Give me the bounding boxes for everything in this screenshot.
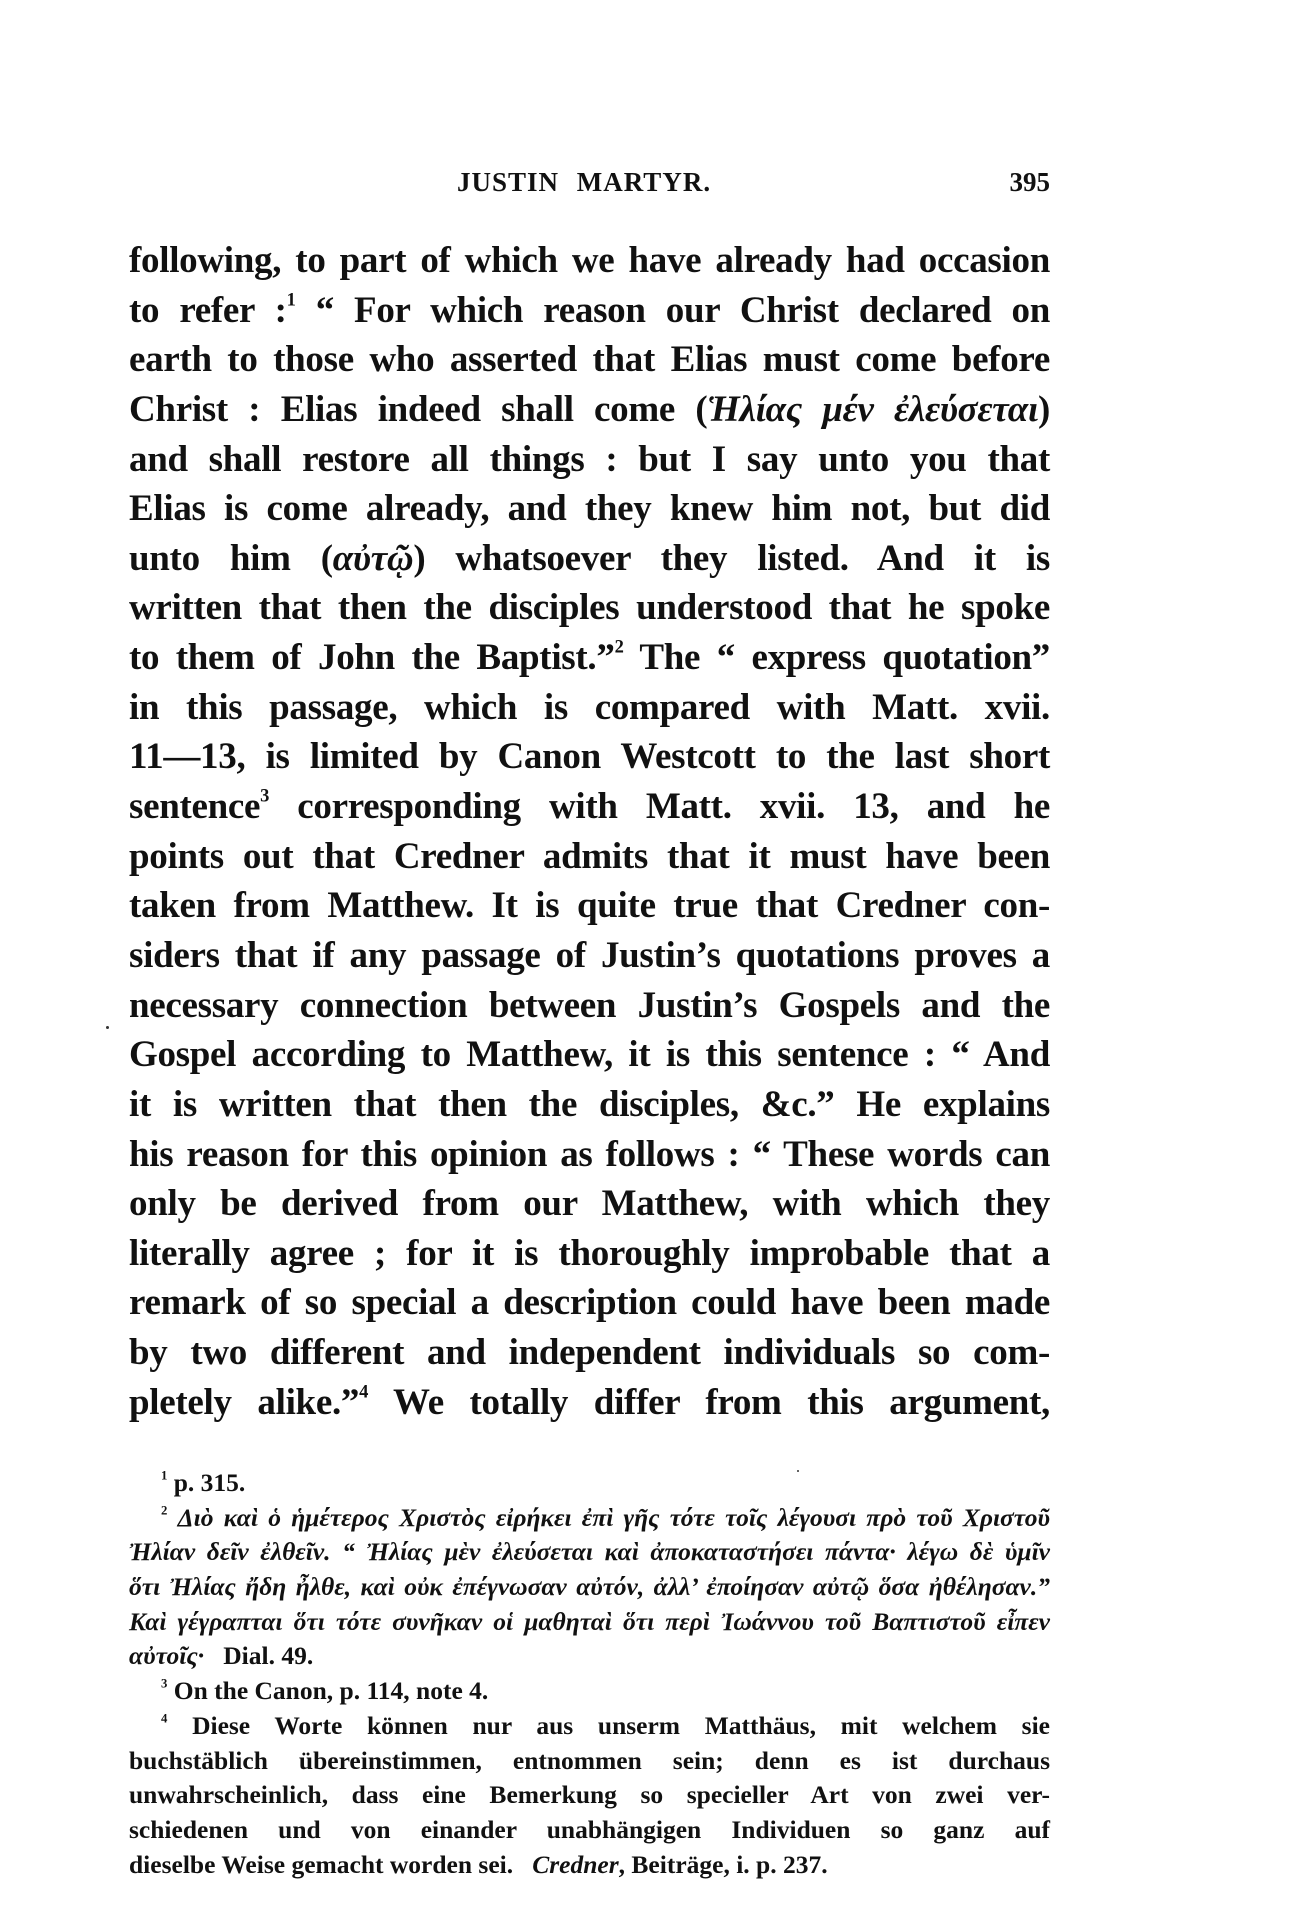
footnote-mark: 3	[161, 1677, 167, 1691]
body-line: siders that if any passage of Justin’s q…	[129, 931, 1050, 981]
footnote-2-line: ὅτι Ἠλίας ἤδη ἦλθε, καὶ οὐκ ἐπέγνωσαν αὐ…	[129, 1570, 1050, 1605]
greek-text: ὅτι Ἠλίας ἤδη ἦλθε, καὶ οὐκ ἐπέγνωσαν αὐ…	[129, 1572, 1050, 1601]
line-text: The “ express quotation”	[624, 637, 1050, 678]
footnote-ref-1: 1	[287, 290, 296, 310]
scan-speck	[106, 1026, 109, 1029]
body-line: necessary connection between Justin’s Go…	[129, 981, 1050, 1031]
line-text: corresponding with Matt. xvii. 13, and h…	[269, 786, 1050, 827]
body-line: pletely alike.”4 We totally differ from …	[129, 1378, 1050, 1428]
body-line: to refer :1 “ For which reason our Chris…	[129, 286, 1050, 336]
line-text: “ For which reason our Christ declared o…	[316, 290, 1050, 331]
footnote-text: dieselbe Weise gemacht worden sei.	[129, 1850, 513, 1879]
footnote-ref-2: 2	[615, 637, 624, 657]
body-line: unto him (αὐτῷ) whatsoever they listed. …	[129, 534, 1050, 584]
body-text: following, to part of which we have alre…	[129, 236, 1050, 1427]
line-text: to refer :	[129, 290, 287, 331]
line-text: sentence	[129, 786, 260, 827]
greek-text: αὐτοῖς·	[129, 1641, 204, 1670]
running-title: JUSTIN MARTYR.	[457, 162, 711, 202]
body-line: following, to part of which we have alre…	[129, 236, 1050, 286]
footnote-2: 2 Διὸ καὶ ὁ ἡμέτερος Χριστὸς εἰρήκει ἐπὶ…	[129, 1501, 1050, 1536]
greek-phrase: Ἡλίας μέν ἐλεύσεται	[707, 389, 1038, 430]
footnote-2-line: Ἠλίαν δεῖν ἐλθεῖν. “ Ἠλίας μὲν ἐλεύσεται…	[129, 1535, 1050, 1570]
footnote-ref-3: 3	[260, 786, 269, 806]
footnote-text: On the Canon, p. 114, note 4.	[174, 1676, 489, 1705]
line-text: unto him (	[129, 538, 333, 579]
footnote-mark: 1	[161, 1469, 167, 1483]
line-text: )	[1038, 389, 1050, 430]
footnotes: 1 p. 315. 2 Διὸ καὶ ὁ ἡμέτερος Χριστὸς ε…	[129, 1466, 1050, 1882]
scan-speck	[797, 1470, 799, 1472]
greek-text: Διὸ καὶ ὁ ἡμέτερος Χριστὸς εἰρήκει ἐπὶ γ…	[178, 1503, 1050, 1532]
greek-text: Καὶ γέγραπται ὅτι τότε συνῆκαν οἱ μαθητα…	[129, 1607, 1050, 1636]
line-text: We totally differ from this argument,	[368, 1382, 1050, 1423]
line-text: Christ : Elias indeed shall come (	[129, 389, 707, 430]
body-line: only be derived from our Matthew, with w…	[129, 1179, 1050, 1229]
author-name: Credner	[532, 1850, 618, 1879]
body-line: 11—13, is limited by Canon Westcott to t…	[129, 732, 1050, 782]
footnote-4: 4 Diese Worte können nur aus unserm Matt…	[129, 1709, 1050, 1744]
body-line: points out that Credner admits that it m…	[129, 832, 1050, 882]
body-line: Gospel according to Matthew, it is this …	[129, 1030, 1050, 1080]
footnote-text: Diese Worte können nur aus unserm Matthä…	[192, 1711, 1050, 1740]
body-line: his reason for this opinion as follows :…	[129, 1130, 1050, 1180]
body-line: Christ : Elias indeed shall come (Ἡλίας …	[129, 385, 1050, 435]
scan-speck	[804, 305, 806, 307]
citation: , Beiträge, i. p. 237.	[619, 1850, 828, 1879]
footnote-4-line: dieselbe Weise gemacht worden sei. Credn…	[129, 1848, 1050, 1883]
running-head: JUSTIN MARTYR. 395	[129, 162, 1050, 202]
footnote-2-line: αὐτοῖς· Dial. 49.	[129, 1639, 1050, 1674]
line-text: ) whatsoever they listed. And it is	[413, 538, 1050, 579]
footnote-mark: 2	[161, 1503, 167, 1517]
footnote-4-line: unwahrscheinlich, dass eine Bemerkung so…	[129, 1778, 1050, 1813]
greek-word: αὐτῷ	[333, 538, 414, 579]
body-line: taken from Matthew. It is quite true tha…	[129, 881, 1050, 931]
body-line: and shall restore all things : but I say…	[129, 435, 1050, 485]
body-line: written that then the disciples understo…	[129, 583, 1050, 633]
body-line: to them of John the Baptist.”2 The “ exp…	[129, 633, 1050, 683]
page-number: 395	[1010, 162, 1051, 202]
body-line: literally agree ; for it is thoroughly i…	[129, 1229, 1050, 1279]
greek-text: Ἠλίαν δεῖν ἐλθεῖν. “ Ἠλίας μὲν ἐλεύσεται…	[129, 1537, 1050, 1566]
line-text: pletely alike.”	[129, 1382, 359, 1423]
citation: Dial. 49.	[223, 1641, 313, 1670]
body-line: in this passage, which is compared with …	[129, 683, 1050, 733]
body-line: earth to those who asserted that Elias m…	[129, 335, 1050, 385]
footnote-2-line: Καὶ γέγραπται ὅτι τότε συνῆκαν οἱ μαθητα…	[129, 1605, 1050, 1640]
body-line: by two different and independent individ…	[129, 1328, 1050, 1378]
line-text: to them of John the Baptist.”	[129, 637, 615, 678]
body-line: it is written that then the disciples, &…	[129, 1080, 1050, 1130]
footnote-3: 3 On the Canon, p. 114, note 4.	[129, 1674, 1050, 1709]
book-page: JUSTIN MARTYR. 395 following, to part of…	[0, 0, 1292, 1925]
footnote-1: 1 p. 315.	[129, 1466, 1050, 1501]
footnote-mark: 4	[161, 1711, 167, 1725]
footnote-4-line: buchstäblich übereinstimmen, entnommen s…	[129, 1744, 1050, 1779]
body-line: sentence3 corresponding with Matt. xvii.…	[129, 782, 1050, 832]
body-line: Elias is come already, and they knew him…	[129, 484, 1050, 534]
footnote-4-line: schiedenen und von einander unabhängigen…	[129, 1813, 1050, 1848]
footnote-ref-4: 4	[359, 1382, 368, 1402]
body-line: remark of so special a description could…	[129, 1278, 1050, 1328]
footnote-text: p. 315.	[174, 1468, 246, 1497]
